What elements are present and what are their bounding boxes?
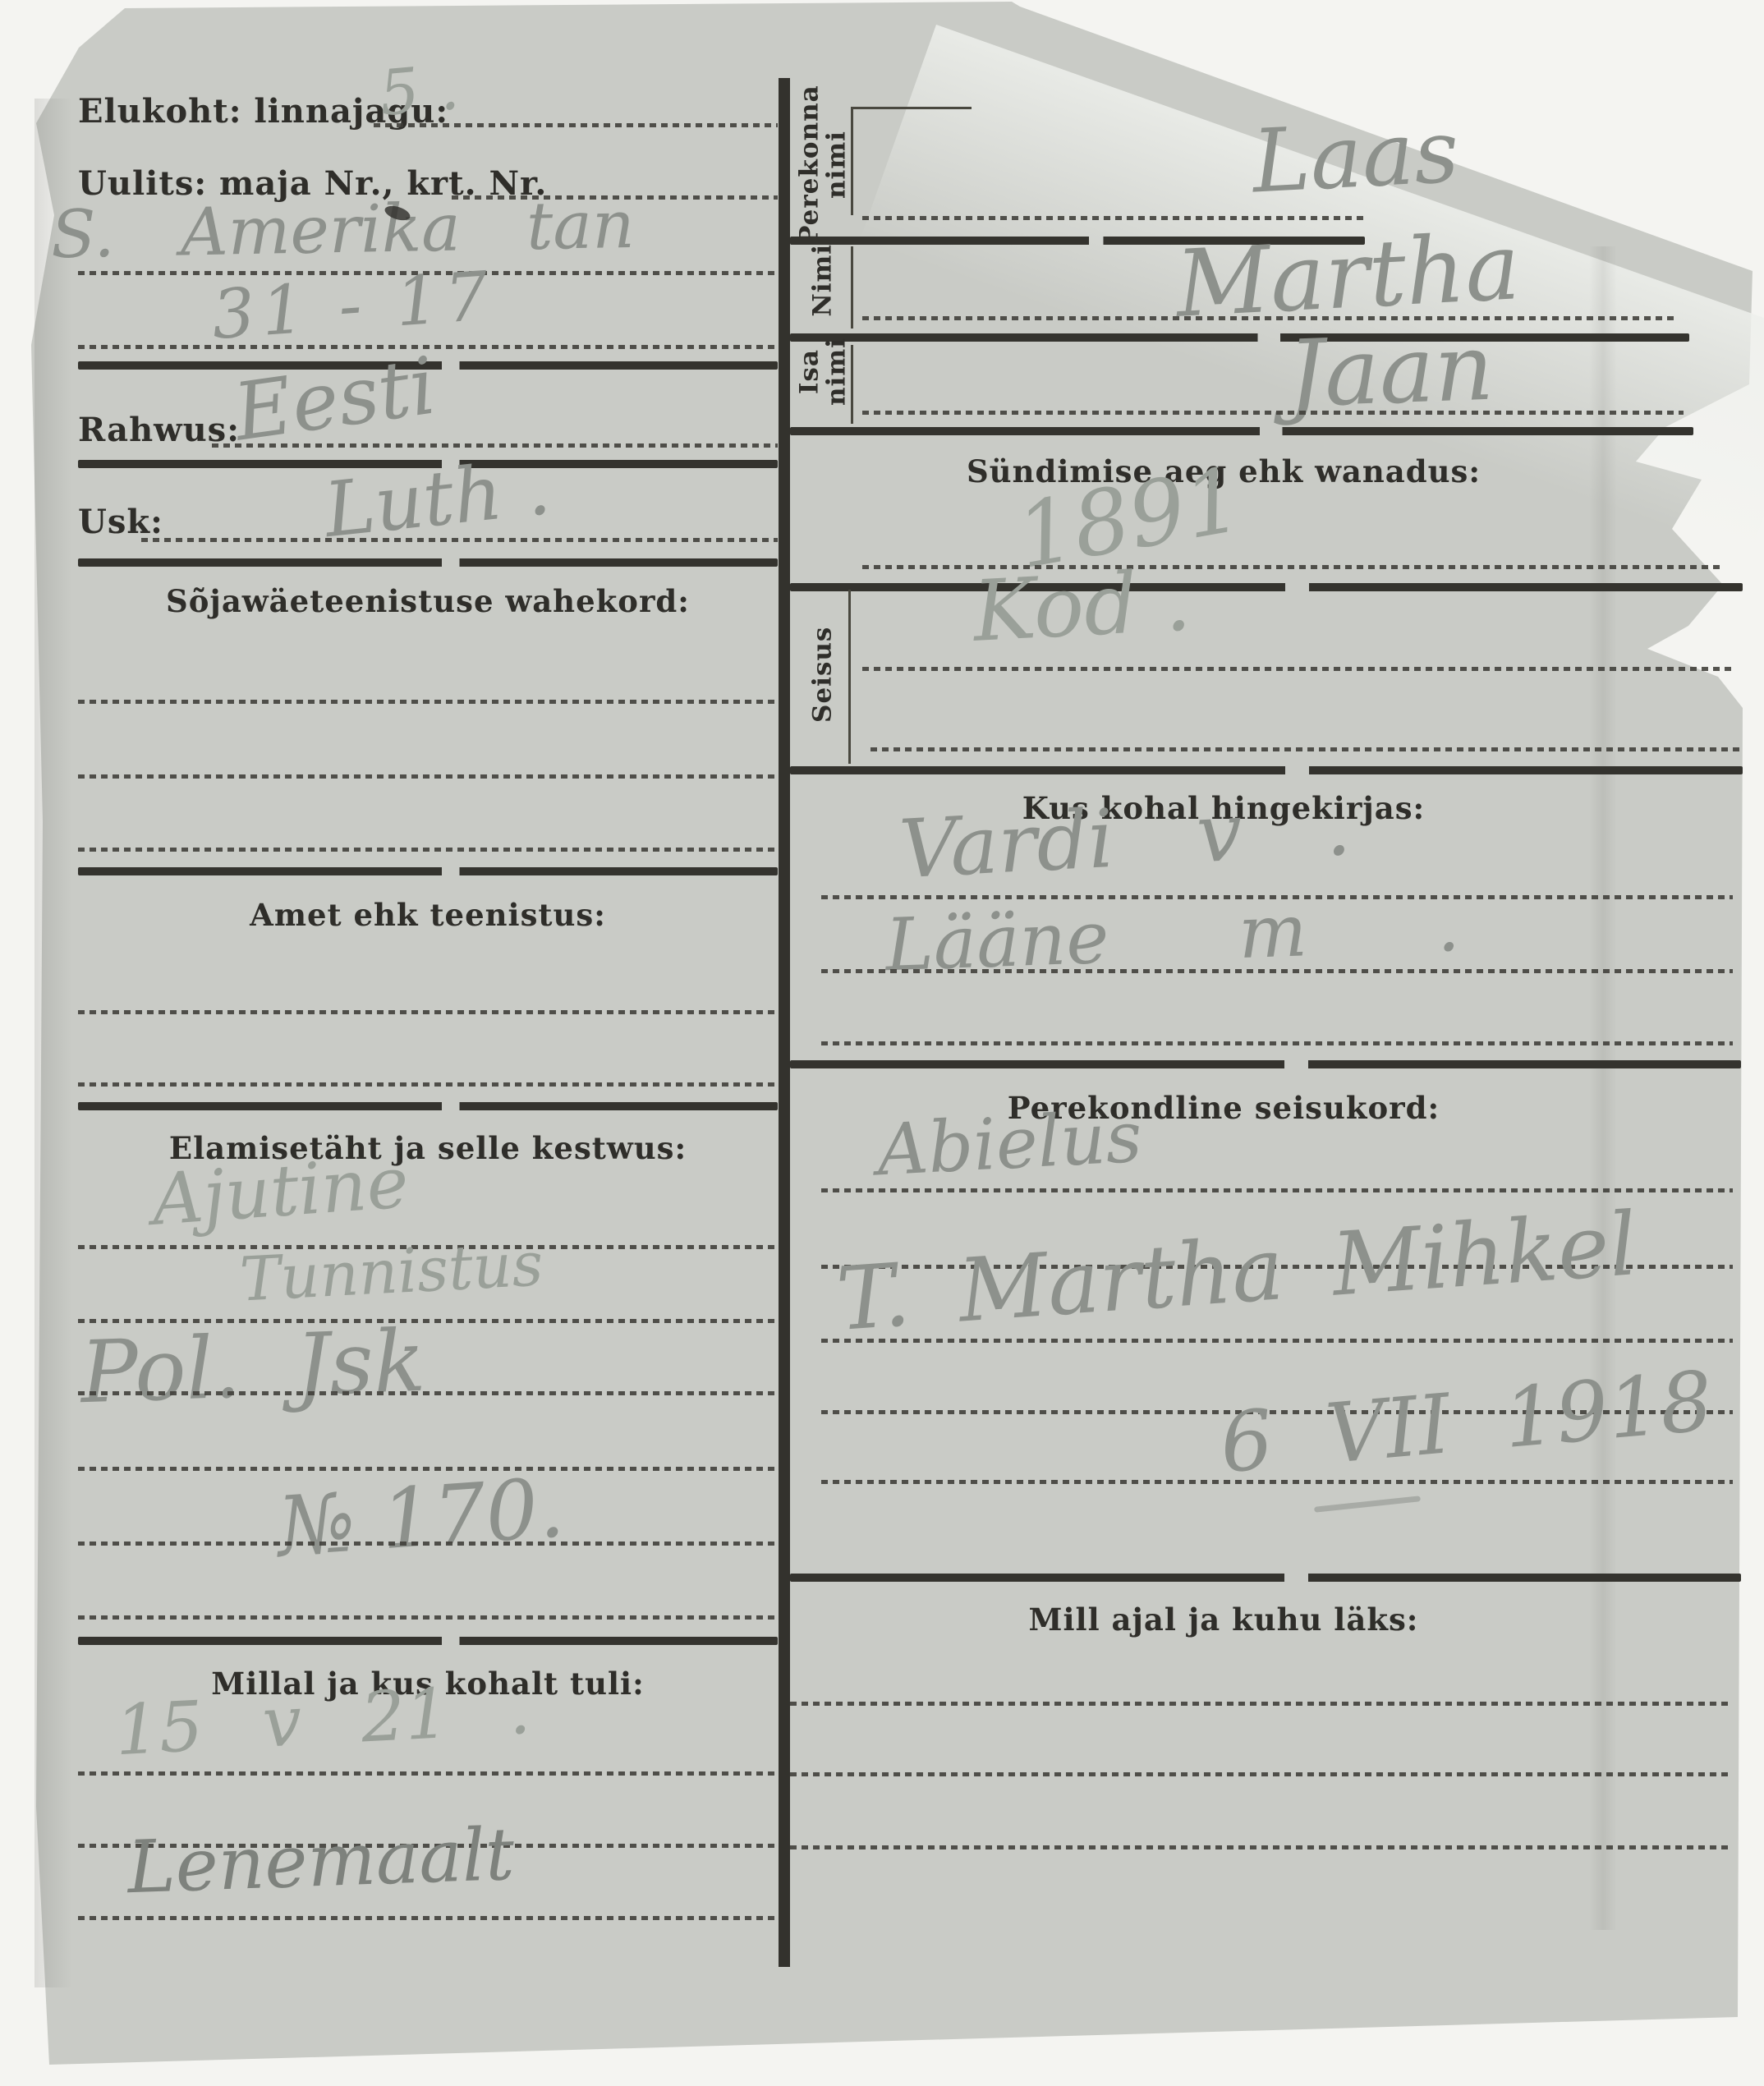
rule-heavy (790, 333, 1689, 342)
scanned-registration-card: Elukoht: linnajagu: 5 . Uulits: maja Nr.… (0, 0, 1764, 2086)
permit-line2: Tunnistus (238, 1234, 544, 1310)
rule-thin (852, 107, 972, 109)
religion-value: Luth . (321, 450, 554, 549)
rule-heavy (790, 1574, 1741, 1582)
rule (862, 216, 1365, 220)
registry-value2: Lääne m . (884, 889, 1461, 981)
arrived-date: 15 v 21 . (113, 1675, 532, 1765)
rule-heavy (790, 427, 1693, 435)
district-value: 5 . (377, 56, 462, 125)
religion-label: Usk: (78, 503, 163, 541)
rule (78, 1615, 778, 1620)
rule-heavy (78, 1102, 778, 1110)
rule (821, 969, 1733, 973)
rule (78, 774, 778, 779)
rule (78, 1771, 778, 1776)
rule (790, 1772, 1733, 1776)
rule-heavy (78, 558, 778, 567)
rule (862, 667, 1733, 671)
street-value: S. Amerika tan (50, 192, 635, 268)
rule-heavy (78, 867, 778, 875)
rule (78, 1391, 778, 1395)
rule (78, 1082, 778, 1087)
status-label: Seisus (810, 551, 837, 797)
rule (790, 1845, 1733, 1849)
rule (821, 1480, 1733, 1484)
rule-heavy (790, 583, 1743, 591)
rule (871, 747, 1741, 751)
surname-value: Laas (1250, 108, 1460, 205)
rule (821, 1188, 1733, 1192)
father-label: Isa nimi (796, 265, 849, 479)
rule (862, 411, 1684, 415)
rule-thin-vertical (851, 246, 853, 329)
permit-line1: Ajutine (149, 1147, 411, 1236)
status-value: Kod . (972, 559, 1193, 655)
occupation-heading: Amet ehk teenistus: (78, 897, 778, 933)
departed-heading: Mill ajal ja kuhu läks: (788, 1601, 1659, 1638)
rule-heavy (790, 1060, 1741, 1068)
rule (78, 1542, 778, 1546)
rule (821, 1041, 1733, 1045)
father-value: Jaan (1286, 322, 1495, 421)
permit-line3: Pol. Jsk (79, 1318, 426, 1416)
rule (78, 700, 778, 704)
rule (790, 1702, 1733, 1706)
family-value1: Abielus (875, 1102, 1144, 1187)
rule-thin-vertical (848, 590, 851, 764)
permit-line4: № 170. (275, 1467, 567, 1569)
rule (78, 848, 778, 852)
rule-thin-vertical (851, 345, 853, 424)
rule (862, 316, 1675, 320)
arrived-from: Lenemaalt (126, 1818, 516, 1904)
column-divider-rule (779, 78, 790, 1967)
registry-value1: Vardi v . (898, 787, 1353, 891)
rule-heavy (78, 1637, 778, 1645)
house-value: 31 - 17 (210, 263, 497, 350)
rule-heavy (790, 766, 1743, 774)
rule-thin-vertical (851, 107, 853, 215)
rule (821, 1339, 1733, 1343)
military-heading: Sõjawäeteenistuse wahekord: (78, 583, 778, 619)
rule (78, 1010, 778, 1014)
rule (78, 1916, 778, 1920)
